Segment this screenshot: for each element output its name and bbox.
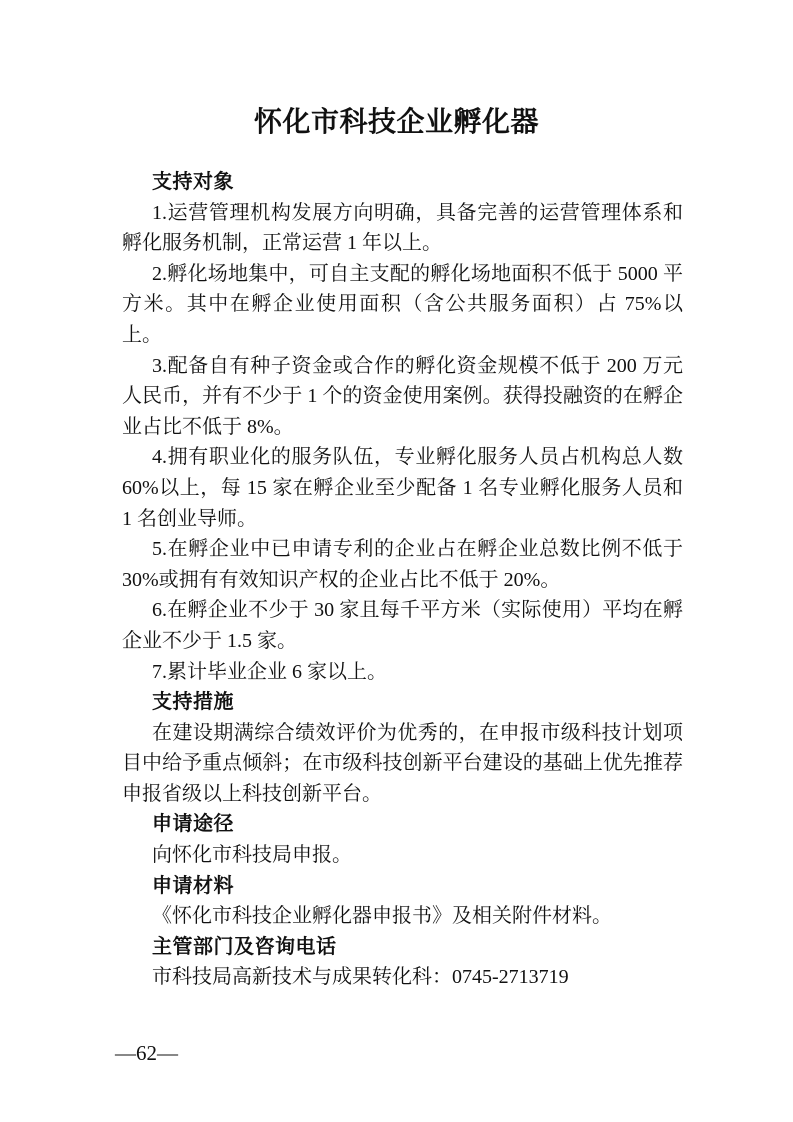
document-page: 怀化市科技企业孵化器 支持对象 1.运营管理机构发展方向明确，具备完善的运营管理…	[0, 0, 793, 1122]
paragraph-application-channel: 向怀化市科技局申报。	[122, 840, 683, 871]
page-number: —62—	[115, 1040, 178, 1066]
section-heading-application-channel: 申请途径	[152, 809, 683, 840]
paragraph-support-target-1: 1.运营管理机构发展方向明确，具备完善的运营管理体系和孵化服务机制，正常运营 1…	[122, 198, 683, 259]
document-title: 怀化市科技企业孵化器	[0, 0, 793, 140]
paragraph-application-materials: 《怀化市科技企业孵化器申报书》及相关附件材料。	[122, 901, 683, 932]
paragraph-support-target-2: 2.孵化场地集中，可自主支配的孵化场地面积不低于 5000 平方米。其中在孵企业…	[122, 259, 683, 351]
document-body: 支持对象 1.运营管理机构发展方向明确，具备完善的运营管理体系和孵化服务机制，正…	[122, 167, 683, 993]
section-heading-contact-department: 主管部门及咨询电话	[152, 932, 683, 963]
section-heading-support-targets: 支持对象	[152, 167, 683, 198]
paragraph-support-target-6: 6.在孵企业不少于 30 家且每千平方米（实际使用）平均在孵企业不少于 1.5 …	[122, 595, 683, 656]
paragraph-support-measures: 在建设期满综合绩效评价为优秀的，在申报市级科技计划项目中给予重点倾斜；在市级科技…	[122, 718, 683, 810]
paragraph-support-target-4: 4.拥有职业化的服务队伍，专业孵化服务人员占机构总人数 60%以上，每 15 家…	[122, 442, 683, 534]
section-heading-support-measures: 支持措施	[152, 687, 683, 718]
paragraph-support-target-5: 5.在孵企业中已申请专利的企业占在孵企业总数比例不低于 30%或拥有有效知识产权…	[122, 534, 683, 595]
paragraph-support-target-7: 7.累计毕业企业 6 家以上。	[122, 657, 683, 688]
section-heading-application-materials: 申请材料	[152, 871, 683, 902]
paragraph-contact-phone: 市科技局高新技术与成果转化科：0745-2713719	[122, 962, 683, 993]
paragraph-support-target-3: 3.配备自有种子资金或合作的孵化资金规模不低于 200 万元人民币，并有不少于 …	[122, 351, 683, 443]
